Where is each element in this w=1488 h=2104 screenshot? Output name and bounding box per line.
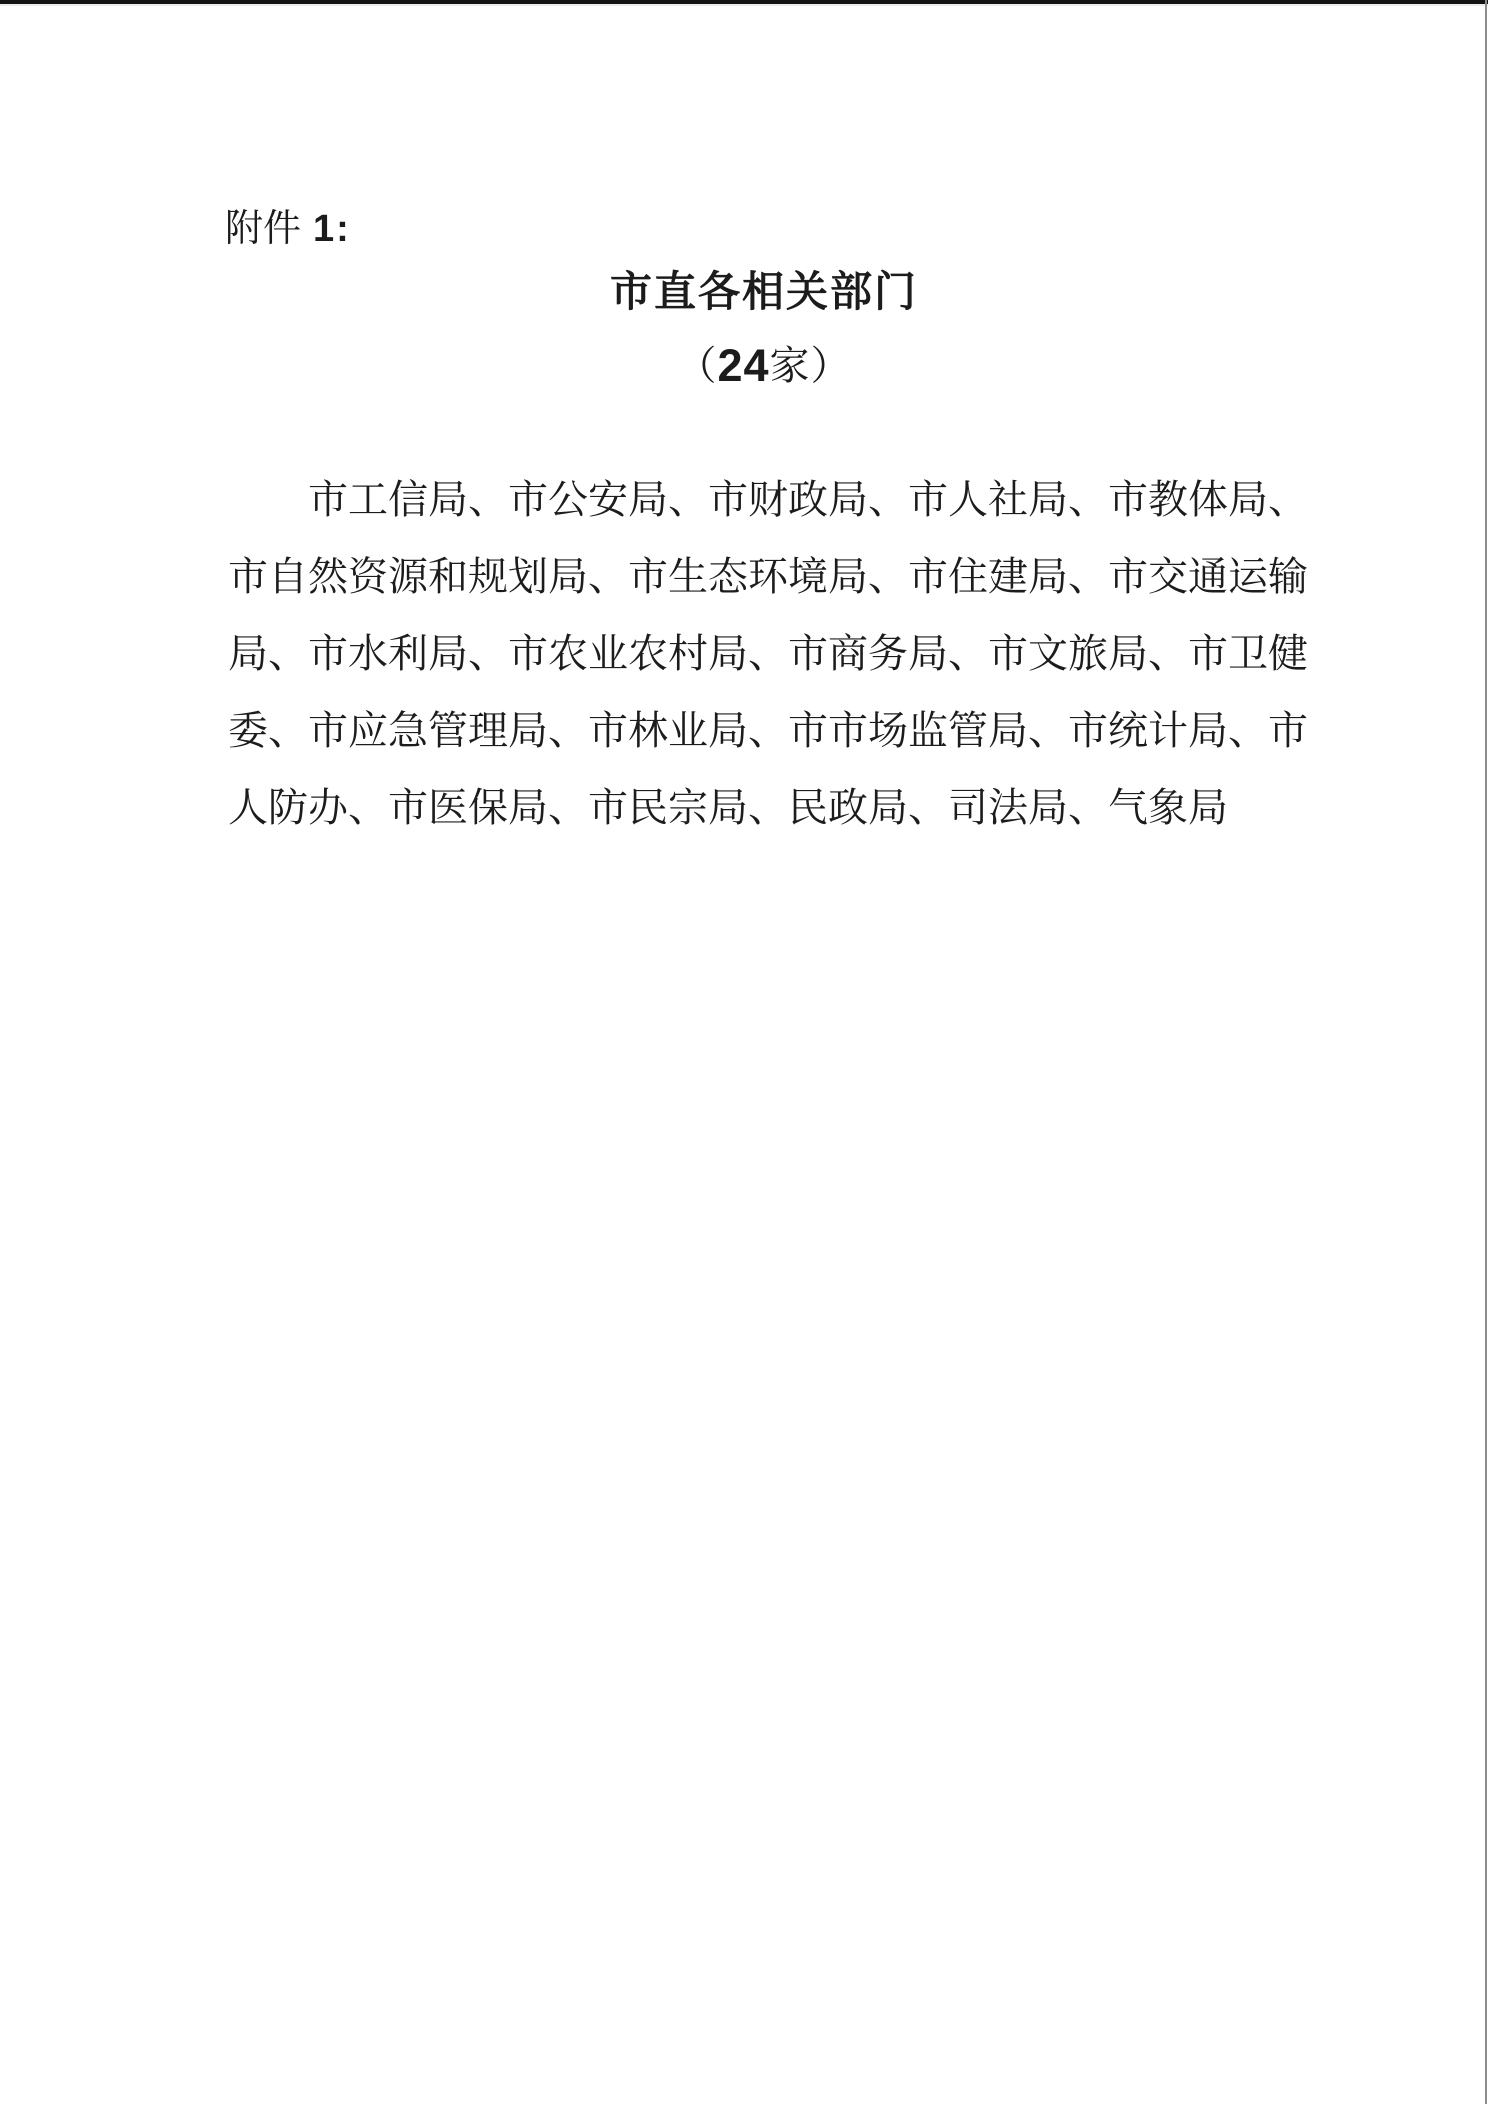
right-edge-line [1485, 0, 1487, 2104]
count-open-paren: （ [676, 343, 717, 388]
page-title: 市直各相关部门 [228, 272, 1300, 314]
body-line: 人防办、市医保局、市民宗局、民政局、司法局、气象局 [228, 769, 1300, 846]
count-number: 24 [717, 340, 769, 391]
count-line: （24家） [228, 343, 1300, 388]
top-edge-bar [0, 0, 1488, 6]
attachment-number: 1: [313, 208, 351, 250]
attachment-label: 附件1: [225, 209, 351, 251]
body-line: 委、市应急管理局、市林业局、市市场监管局、市统计局、市 [228, 692, 1300, 769]
body-line: 市自然资源和规划局、市生态环境局、市住建局、市交通运输 [228, 538, 1300, 615]
body-line: 局、市水利局、市农业农村局、市商务局、市文旅局、市卫健 [228, 615, 1300, 692]
department-list: 市工信局、市公安局、市财政局、市人社局、市教体局、 市自然资源和规划局、市生态环… [228, 461, 1300, 846]
document-page: 附件1: 市直各相关部门 （24家） 市工信局、市公安局、市财政局、市人社局、市… [0, 0, 1488, 2104]
body-line: 市工信局、市公安局、市财政局、市人社局、市教体局、 [228, 461, 1300, 538]
attachment-prefix: 附件 [225, 208, 301, 250]
title-block: 市直各相关部门 （24家） [228, 272, 1300, 388]
count-unit: 家） [770, 343, 852, 388]
